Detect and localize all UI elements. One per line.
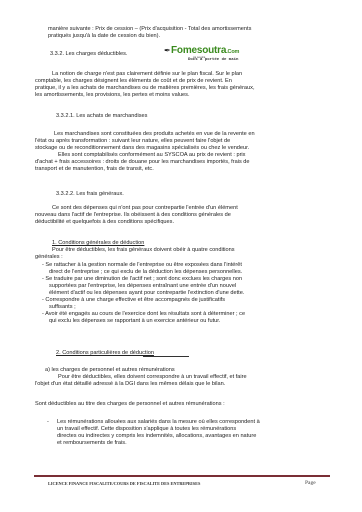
paragraph-line: l'objet d'un état détaillé adressé à la …: [35, 381, 225, 388]
paragraph-line: l'état ou après transformation : suivant…: [35, 138, 230, 145]
fomesoutra-logo: ✒ Fomesoutra.Com ça soutra Docs à portée…: [171, 45, 261, 67]
conditions-generales-title: 1. Conditions générales de déduction: [52, 240, 144, 247]
intro-line: manière suivante : Prix de cession – (Pr…: [48, 26, 251, 33]
list-item-line: un travail effectif. Cette disposition s…: [57, 426, 236, 433]
condition-item-cont: suffisants ;: [49, 304, 76, 311]
paragraph-line: pratique, il y a les achats de marchandi…: [35, 85, 255, 92]
paragraph-line: Sont déductibles au titre des charges de…: [35, 401, 225, 408]
intro-line: pratiqués jusqu'à la date de cession du …: [48, 33, 160, 40]
paragraph-line: Ce sont des dépenses qui n'ont pas pour …: [52, 205, 238, 212]
list-item-line: et remboursements de frais.: [57, 440, 127, 447]
paragraph-line: comptable, les charges désignent les élé…: [35, 78, 232, 85]
section-332-title: 3.3.2. Les charges déductibles.: [50, 51, 127, 58]
paragraph-line: La notion de charge n'est pas clairement…: [52, 71, 242, 78]
paragraph-line: d'achat + frais accessoires : droits de …: [35, 159, 250, 166]
paragraph-line: Pour être déductibles, elles doivent cor…: [58, 374, 247, 381]
title-underline-extension: [143, 356, 189, 357]
paragraph-line: Les marchandises sont constituées des pr…: [54, 131, 255, 138]
paragraph-line: Elles sont comptabilisés conformément au…: [58, 152, 245, 159]
paragraph-line: les amortissements, les provisions, les …: [35, 92, 190, 99]
condition-item-cont: élément d'actif ou les dépenses ayant po…: [49, 290, 244, 297]
list-bullet: -: [47, 419, 49, 426]
condition-item: - Se traduire par une diminution de l'ac…: [42, 276, 242, 283]
charges-personnel-title: a) les charges de personnel et autres ré…: [45, 367, 175, 374]
pen-icon: ✒: [164, 46, 171, 55]
condition-item-cont: supportées par l'entreprise, les dépense…: [49, 283, 236, 290]
list-item-line: Les rémunérations allouées aux salariés …: [57, 419, 260, 426]
section-3322-title: 3.3.2.2. Les frais généraux.: [56, 191, 124, 198]
footer-course-title: LICENCE FINANCE FISCALITE/COURS DE FISCA…: [48, 481, 200, 486]
condition-item: - Se rattacher à la gestion normale de l…: [42, 262, 242, 269]
condition-item: - Correspondre à une charge effective et…: [42, 297, 225, 304]
paragraph-line: Pour être déductibles, les frais générau…: [52, 247, 235, 254]
paragraph-line: générales :: [35, 254, 63, 261]
logo-tagline: Docs à portée de main: [188, 58, 238, 62]
footer-rule: [34, 475, 330, 477]
paragraph-line: déductibilité et quelquefois à des condi…: [35, 219, 174, 226]
section-3321-title: 3.3.2.1. Les achats de marchandises: [56, 113, 147, 120]
paragraph-line: nouveau dans l'actif de l'entreprise. Il…: [35, 212, 231, 219]
logo-dotcom: .Com: [226, 49, 239, 55]
condition-item-cont: direct de l'entreprise ; ce qui exclu de…: [49, 269, 242, 276]
condition-item-cont: qui exclu les dépenses se rapportant à u…: [49, 318, 220, 325]
paragraph-line: stockage ou de reconditionnement dans de…: [35, 145, 249, 152]
footer-page-label: Page: [305, 480, 316, 486]
conditions-particulieres-title: 2. Conditions particulières de déduction: [56, 350, 154, 357]
paragraph-line: transport et de manutention, frais de tr…: [35, 166, 154, 173]
condition-item: - Avoir été engagés au cours de l'exerci…: [42, 311, 245, 318]
list-item-line: directes ou indirectes y compris les ind…: [57, 433, 256, 440]
